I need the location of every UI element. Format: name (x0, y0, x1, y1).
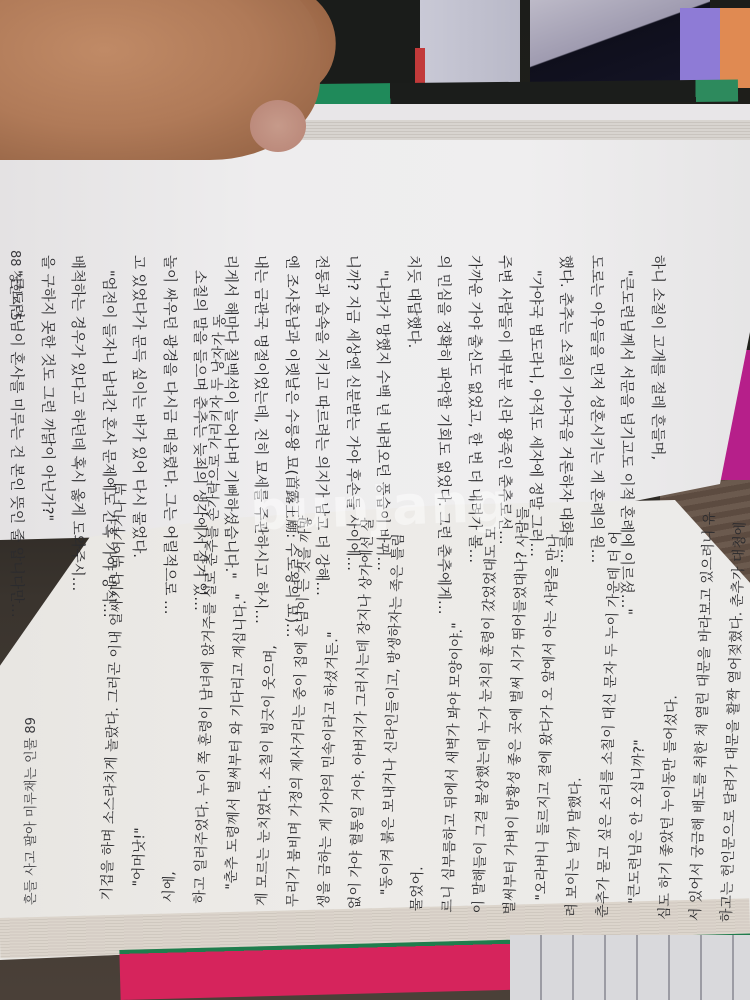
watermark-text: bunjang (249, 470, 513, 542)
right-page-text: 기겁을 하며 소스라치게 놀랐다. 그러곤 이내 얼싸기나 뛰어가거나 뒤 "어… (92, 311, 750, 926)
shelf-book-red-edge (415, 48, 425, 84)
text-line: 배척하는 경우가 있다고 하던데 혹시 옳게 도와주시… (62, 255, 93, 955)
right-page-folio: 흔들 사고 팔아 미루채는 인물 89 (20, 717, 39, 905)
photo-scene: 하니 소칠이 고개를 절레 흔들며, "큰도련님께서 서문을 넘기고도 이적 혼… (0, 0, 750, 1000)
shelf-book-orange (720, 8, 750, 88)
left-page-folio: 88 장한지 5 (7, 250, 26, 321)
shelf-book-white (420, 0, 520, 85)
book-cover-top-edge (268, 80, 738, 107)
thumb-nail (250, 100, 306, 152)
shelf-book-purple (680, 8, 720, 83)
